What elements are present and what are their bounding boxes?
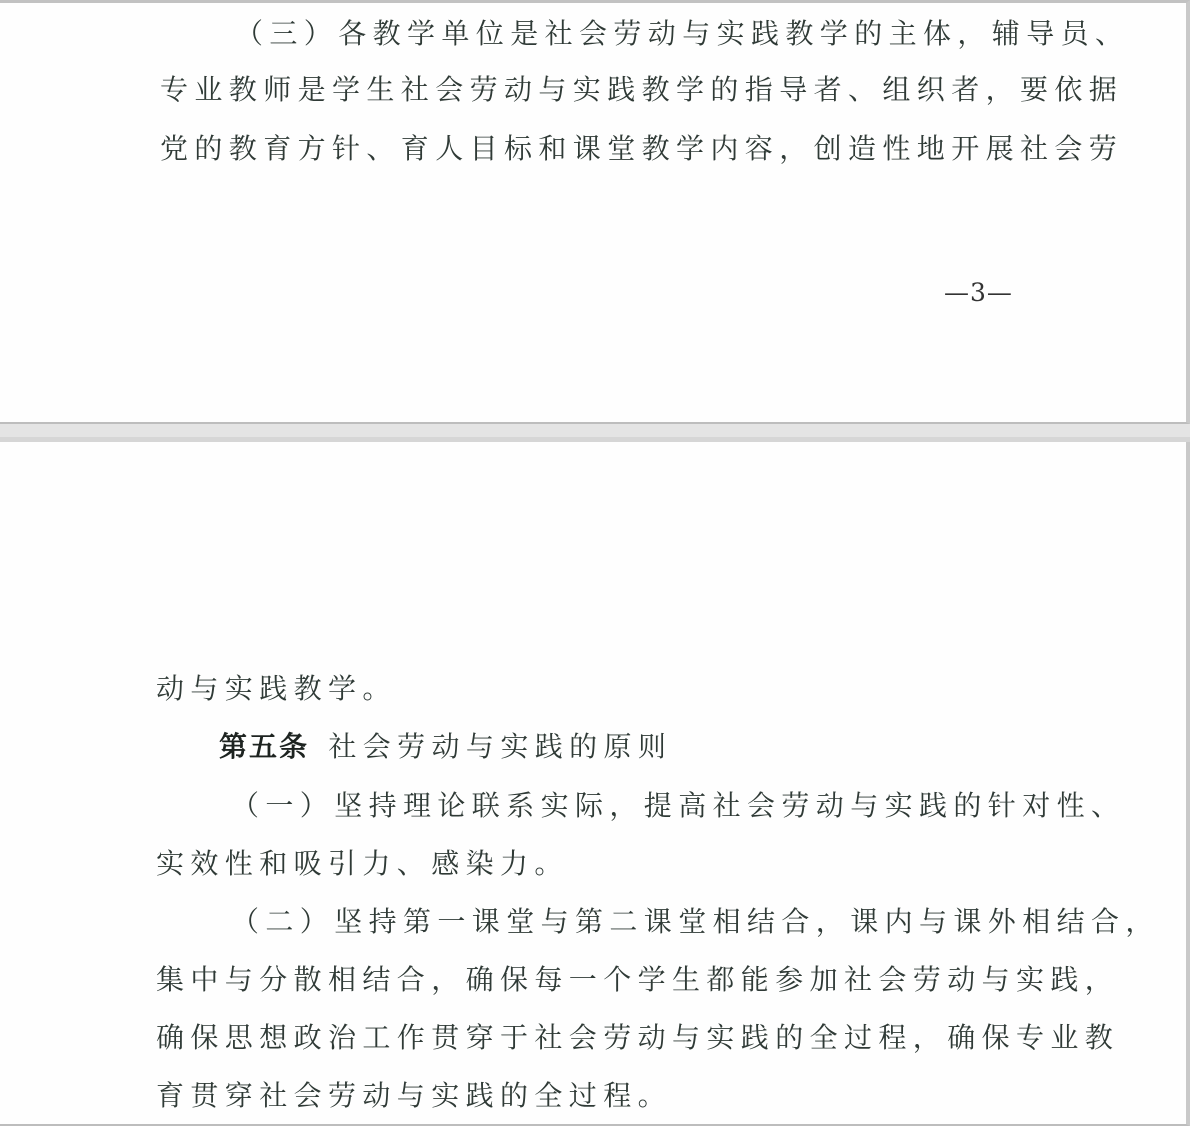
document-page-3: （三）各教学单位是社会劳动与实践教学的主体，辅导员、 专业教师是学生社会劳动与实… xyxy=(0,0,1190,424)
paragraph-line: 动与实践教学。 xyxy=(156,675,397,703)
paragraph-line: 党的教育方针、育人目标和课堂教学内容，创造性地开展社会劳 xyxy=(160,135,1123,163)
paragraph-line: 专业教师是学生社会劳动与实践教学的指导者、组织者，要依据 xyxy=(160,76,1123,104)
paragraph-line: （二）坚持第一课堂与第二课堂相结合，课内与课外相结合， xyxy=(231,908,1160,936)
paragraph-line: （三）各教学单位是社会劳动与实践教学的主体，辅导员、 xyxy=(235,20,1129,48)
document-page-4: 动与实践教学。 第五条 社会劳动与实践的原则 （一）坚持理论联系实际，提高社会劳… xyxy=(0,442,1190,1126)
paragraph-line: 集中与分散相结合，确保每一个学生都能参加社会劳动与实践， xyxy=(156,966,1119,994)
paragraph-line: 实效性和吸引力、感染力。 xyxy=(156,850,569,878)
page-number: —3— xyxy=(944,280,1013,305)
paragraph-line: 育贯穿社会劳动与实践的全过程。 xyxy=(156,1082,672,1110)
document-viewer[interactable]: （三）各教学单位是社会劳动与实践教学的主体，辅导员、 专业教师是学生社会劳动与实… xyxy=(0,0,1190,1126)
article-title: 社会劳动与实践的原则 xyxy=(328,730,672,763)
article-heading: 第五条 社会劳动与实践的原则 xyxy=(219,733,672,761)
paragraph-line: （一）坚持理论联系实际，提高社会劳动与实践的针对性、 xyxy=(231,792,1125,820)
paragraph-line: 确保思想政治工作贯穿于社会劳动与实践的全过程，确保专业教 xyxy=(156,1024,1119,1052)
article-label: 第五条 xyxy=(219,730,309,763)
